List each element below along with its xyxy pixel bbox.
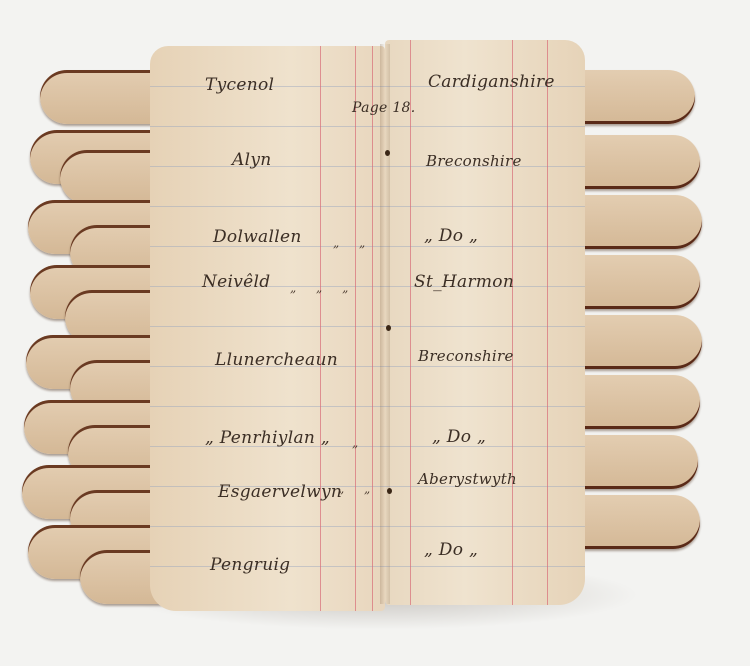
photo-scene: Tycenol Alyn Dolwallen „ „ Neivêld „ „ „… xyxy=(0,0,750,666)
ditto-marks: „ xyxy=(352,436,366,450)
right-entry-3: „ Do „ xyxy=(424,226,478,246)
left-entry-7: Esgaervelwyn xyxy=(218,482,342,502)
binding-hole xyxy=(386,325,391,331)
left-entry-8: Pengruig xyxy=(210,555,290,575)
left-entry-4: Neivêld xyxy=(202,272,270,292)
binding-hole xyxy=(387,488,392,494)
left-entry-1: Tycenol xyxy=(205,75,274,95)
left-entry-5: Llunercheaun xyxy=(215,350,338,370)
right-page xyxy=(385,40,585,605)
right-entry-6: „ Do „ xyxy=(432,427,486,447)
left-page xyxy=(150,46,385,611)
page-reference: Page 18. xyxy=(352,100,416,116)
left-entry-6: „ Penrhiylan „ xyxy=(205,428,330,448)
right-entry-4: St_Harmon xyxy=(414,272,514,292)
binding-hole xyxy=(385,150,390,156)
right-entry-5: Breconshire xyxy=(418,347,514,365)
left-entry-2: Alyn xyxy=(232,150,271,170)
right-entry-8: „ Do „ xyxy=(424,540,478,560)
left-entry-3: Dolwallen xyxy=(213,227,302,247)
right-entry-7: Aberystwyth xyxy=(418,470,517,488)
ditto-marks: „ „ xyxy=(333,236,373,250)
right-entry-2: Breconshire xyxy=(426,152,522,170)
ditto-marks: „ „ xyxy=(338,482,378,496)
right-entry-1: Cardiganshire xyxy=(428,72,555,92)
ditto-marks: „ „ „ xyxy=(290,281,356,295)
book-gutter xyxy=(380,44,390,604)
